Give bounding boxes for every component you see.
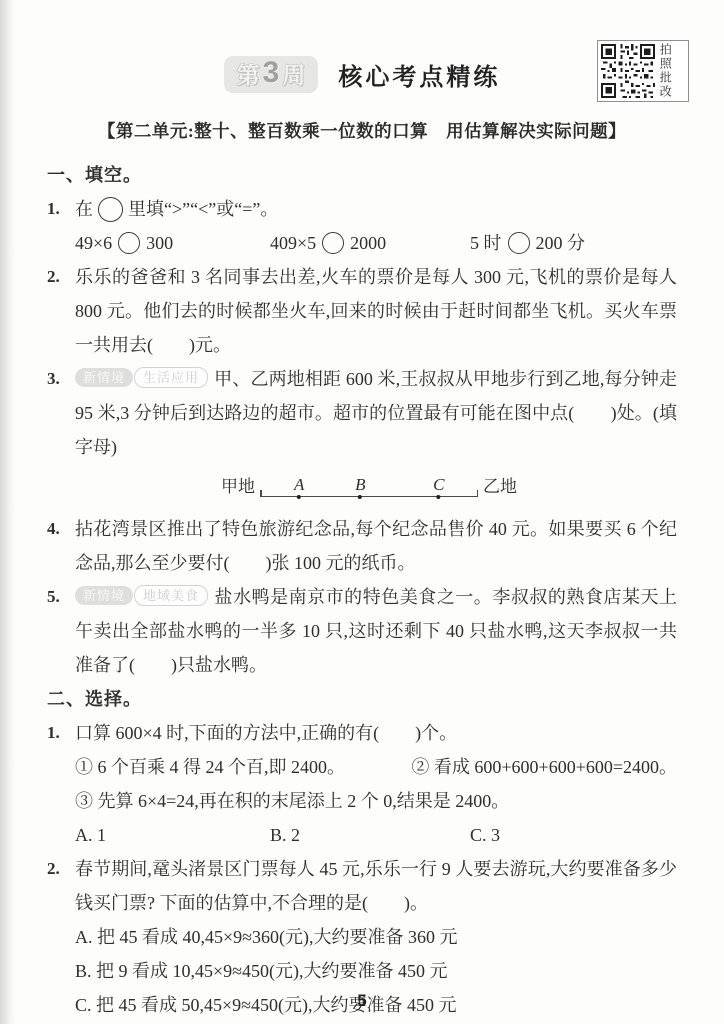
unit-banner: 【第二单元:整十、整百数乘一位数的口算 用估算解决实际问题】 — [0, 118, 724, 143]
tag-new-scenario: 新情境 — [75, 368, 133, 387]
choice-option-a: A. 把 45 看成 40,45×9≈360(元),大约要准备 360 元 — [75, 920, 677, 954]
comparison-right: 2000 — [350, 233, 386, 253]
question-number: 5. — [47, 580, 75, 614]
method-1: ① 6 个百乘 4 得 24 个百,即 2400。 — [75, 750, 345, 784]
fill-question-4: 4. 拈花湾景区推出了特色旅游纪念品,每个纪念品售价 40 元。如果要买 6 个… — [47, 512, 677, 580]
point-dot — [297, 495, 301, 499]
method-row: ① 6 个百乘 4 得 24 个百,即 2400。 ② 看成 600+600+6… — [75, 750, 677, 784]
diagram-line: A B C — [260, 467, 478, 497]
choice-question-1: 1. 口算 600×4 时,下面的方法中,正确的有( )个。 ① 6 个百乘 4… — [47, 716, 677, 852]
fill-question-3: 3. 新情境生活应用甲、乙两地相距 600 米,王叔叔从甲地步行到乙地,每分钟走… — [47, 362, 677, 512]
choice-option-a: A. 1 — [75, 818, 106, 852]
question-number: 2. — [47, 852, 75, 886]
question-number: 1. — [47, 192, 75, 226]
question-number: 3. — [47, 362, 75, 396]
diagram-point-b: B — [355, 476, 365, 498]
fill-q1-stem: 在里填“>”“<”或“=”。 — [75, 192, 677, 226]
question-body: 在里填“>”“<”或“=”。 49×6300 409×52000 5 时200 … — [75, 192, 677, 260]
choice-q1-stem: 口算 600×4 时,下面的方法中,正确的有( )个。 — [75, 716, 677, 750]
fill-question-1: 1. 在里填“>”“<”或“=”。 49×6300 409×52000 5 时2… — [47, 192, 677, 260]
comparison-row: 49×6300 409×52000 5 时200 分 — [75, 226, 677, 260]
comparison-right: 200 分 — [536, 233, 586, 253]
blank-circle — [98, 197, 123, 222]
week-badge-number: 3 — [261, 58, 282, 88]
method-2: ② 看成 600+600+600+600=2400。 — [411, 750, 677, 784]
page-number: 5 — [0, 991, 724, 1011]
question-number: 2. — [47, 260, 75, 294]
blank-circle — [322, 232, 344, 254]
distance-line-diagram: 甲地 A B C 乙地 — [221, 467, 526, 509]
week-badge-suffix: 周 — [282, 57, 305, 90]
comparison-item: 49×6300 — [75, 226, 173, 260]
blank-circle — [118, 232, 140, 254]
question-body: 口算 600×4 时,下面的方法中,正确的有( )个。 ① 6 个百乘 4 得 … — [75, 716, 677, 852]
stem-text: 在 — [75, 199, 93, 219]
diagram-point-a: A — [294, 476, 304, 498]
photo-grading-qr-box: 拍照批改 — [597, 40, 689, 102]
diagram-end-label: 乙地 — [483, 477, 517, 497]
tag-life-application: 生活应用 — [134, 367, 208, 388]
qr-caption: 拍照批改 — [658, 43, 671, 99]
comparison-item: 5 时200 分 — [470, 226, 585, 260]
choice-option-b: B. 2 — [270, 818, 300, 852]
blank-circle — [508, 232, 530, 254]
choice-options-row: A. 1 B. 2 C. 3 — [75, 818, 677, 852]
qr-code-icon — [601, 44, 655, 98]
point-dot — [437, 495, 441, 499]
point-letter: B — [355, 476, 365, 493]
question-body: 新情境生活应用甲、乙两地相距 600 米,王叔叔从甲地步行到乙地,每分钟走 95… — [75, 362, 677, 512]
question-number: 1. — [47, 716, 75, 750]
fill-q2-text: 乐乐的爸爸和 3 名同事去出差,火车的票价是每人 300 元,飞机的票价是每人 … — [75, 260, 677, 362]
question-number: 4. — [47, 512, 75, 546]
comparison-left: 409×5 — [270, 233, 316, 253]
worksheet-content: 一、填空。 1. 在里填“>”“<”或“=”。 49×6300 409×5200… — [47, 158, 677, 1022]
point-dot — [358, 495, 362, 499]
diagram-start-label: 甲地 — [221, 477, 255, 497]
choice-q2-stem: 春节期间,鼋头渚景区门票每人 45 元,乐乐一行 9 人要去游玩,大约要准备多少… — [75, 852, 677, 920]
fill-question-2: 2. 乐乐的爸爸和 3 名同事去出差,火车的票价是每人 300 元,飞机的票价是… — [47, 260, 677, 362]
scan-edge-shadow — [0, 0, 16, 1024]
method-3: ③ 先算 6×4=24,再在积的末尾添上 2 个 0,结果是 2400。 — [75, 784, 677, 818]
choice-section-heading: 二、选择。 — [47, 682, 677, 716]
fill-question-5: 5. 新情境地域美食盐水鸭是南京市的特色美食之一。李叔叔的熟食店某天上午卖出全部… — [47, 580, 677, 682]
comparison-right: 300 — [146, 233, 173, 253]
week-badge-prefix: 第 — [237, 57, 260, 90]
comparison-left: 5 时 — [470, 233, 502, 253]
fill-q4-text: 拈花湾景区推出了特色旅游纪念品,每个纪念品售价 40 元。如果要买 6 个纪念品… — [75, 512, 677, 580]
point-letter: C — [433, 476, 444, 493]
page-title: 核心考点精练 — [338, 57, 500, 92]
tag-new-scenario: 新情境 — [75, 586, 133, 605]
choice-option-b: B. 把 9 看成 10,45×9≈450(元),大约要准备 450 元 — [75, 954, 677, 988]
tag-regional-food: 地域美食 — [134, 585, 208, 606]
point-letter: A — [294, 476, 304, 493]
choice-option-c: C. 3 — [470, 818, 500, 852]
fill-section-heading: 一、填空。 — [47, 158, 677, 192]
comparison-item: 409×52000 — [270, 226, 386, 260]
week-badge: 第 3 周 — [224, 56, 319, 93]
question-body: 新情境地域美食盐水鸭是南京市的特色美食之一。李叔叔的熟食店某天上午卖出全部盐水鸭… — [75, 580, 677, 682]
comparison-left: 49×6 — [75, 233, 112, 253]
diagram-point-c: C — [433, 476, 444, 498]
stem-text: 里填“>”“<”或“=”。 — [128, 199, 278, 219]
